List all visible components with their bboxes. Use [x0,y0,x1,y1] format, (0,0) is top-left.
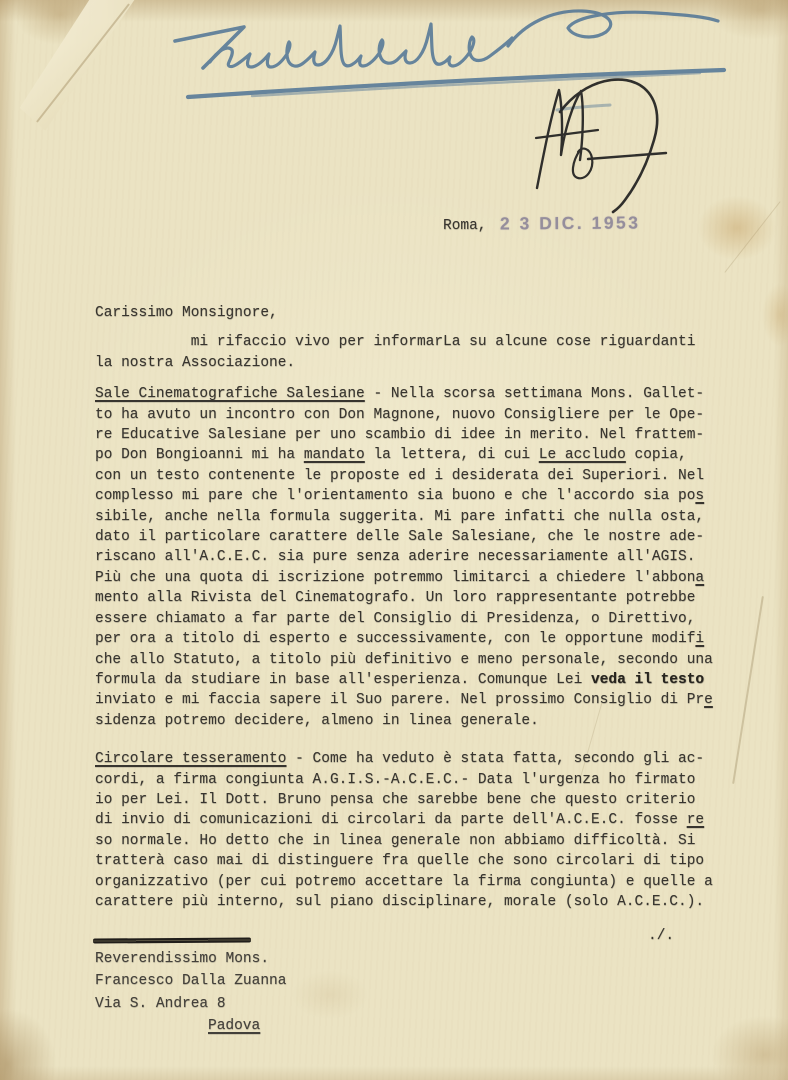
intro-paragraph: mi rifaccio vivo per informarLa su alcun… [95,332,743,373]
salutation: Carissimo Monsignore, [95,303,743,323]
paragraph-circolare-tesseramento: Circolare tesseramento - Come ha veduto … [95,749,743,912]
recipient-lines: Reverendissimo Mons.Francesco Dalla Zuan… [95,948,286,1015]
paragraph-sale-cinematografiche: Sale Cinematografiche Salesiane - Nella … [95,384,743,731]
letter-body: Carissimo Monsignore, mi rifaccio vivo p… [95,303,743,912]
recipient-city: Padova [95,1015,286,1037]
scanned-letter-page: Roma, 2 3 DIC. 1953 Carissimo Monsignore… [0,0,788,1080]
date-line: Roma, 2 3 DIC. 1953 [443,213,640,234]
continuation-mark: ./. [648,928,674,944]
separator-rule [93,937,251,943]
date-stamp: 2 3 DIC. 1953 [499,213,640,235]
paper-crease [724,201,780,273]
recipient-address-block: Reverendissimo Mons.Francesco Dalla Zuan… [95,948,286,1038]
city-label: Roma, [443,218,487,234]
